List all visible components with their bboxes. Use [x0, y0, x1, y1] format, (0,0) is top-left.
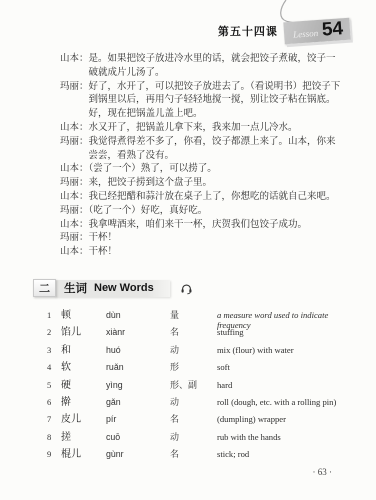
vocab-word: 硬 [61, 376, 106, 391]
vocab-meaning: rub with the hands [217, 432, 350, 442]
dialogue-text: 好了，水开了，可以把饺子放进去了。（看说明书）把饺子下到锅里以后，再用勺子轻轻地… [89, 82, 341, 120]
dialogue-speaker: 山本： [60, 54, 89, 64]
vocab-number: 7 [47, 414, 61, 424]
dialogue-text: 来，把饺子捞到这个盘子里。 [89, 178, 213, 188]
dialogue-turn: 玛丽：（吃了一个）好吃，真好吃。 [60, 205, 345, 219]
dialogue-text: 是。如果把饺子放进冷水里的话，就会把饺子煮破，饺子一破就成片儿汤了。 [89, 54, 336, 78]
vocab-number: 4 [47, 362, 61, 372]
vocab-meaning: mix (flour) with water [217, 345, 350, 355]
vocab-meaning: (dumpling) wrapper [217, 414, 350, 424]
dialogue-turn: 玛丽：我觉得煮得差不多了，你看，饺子都漂上来了。山本，你来尝尝，看熟了没有。 [60, 136, 345, 164]
vocab-number: 6 [47, 397, 61, 407]
section-title-bar: 生词 New Words [55, 280, 170, 297]
vocab-row: 9 棍儿 gùnr 名 stick; rod [47, 445, 350, 462]
dialogue-text: 我觉得煮得差不多了，你看，饺子都漂上来了。山本，你来尝尝，看熟了没有。 [89, 137, 336, 161]
vocab-pinyin: yìng [106, 380, 170, 390]
dialogue-turn: 山本：（尝了一个）熟了，可以捞了。 [60, 163, 345, 177]
dialogue-speaker: 玛丽： [60, 206, 89, 216]
dialogue-section: 山本：是。如果把饺子放进冷水里的话，就会把饺子煮破，饺子一破就成片儿汤了。 玛丽… [60, 53, 345, 260]
vocab-meaning: stick; rod [217, 449, 350, 459]
lesson-number-tag: Lesson 54 [283, 18, 351, 45]
vocab-number: 1 [47, 310, 61, 320]
vocab-number: 3 [47, 345, 61, 355]
lesson-title-cn: 第五十四课 [218, 23, 278, 39]
dialogue-speaker: 山本： [60, 123, 89, 133]
dialogue-turn: 山本：是。如果把饺子放进冷水里的话，就会把饺子煮破，饺子一破就成片儿汤了。 [60, 53, 345, 81]
vocab-word: 棍儿 [61, 445, 106, 460]
lesson-number: 54 [321, 19, 343, 39]
new-words-list: 1 顿 dùn 量 a measure word used to indicat… [47, 306, 350, 463]
dialogue-text: （尝了一个）熟了，可以捞了。 [89, 164, 217, 174]
dialogue-speaker: 山本： [60, 164, 89, 174]
vocab-row: 1 顿 dùn 量 a measure word used to indicat… [47, 306, 350, 323]
vocab-pinyin: ruǎn [106, 362, 170, 372]
vocab-word: 皮儿 [61, 410, 106, 425]
dialogue-speaker: 山本： [60, 192, 89, 202]
vocab-part-of-speech: 动 [170, 430, 217, 443]
vocab-part-of-speech: 名 [170, 447, 217, 460]
vocab-meaning: hard [217, 380, 350, 390]
dialogue-text: 干杯！ [89, 233, 118, 243]
headphones-icon [180, 282, 193, 295]
vocab-part-of-speech: 动 [170, 343, 217, 356]
vocab-pinyin: xiànr [106, 327, 170, 337]
dialogue-turn: 玛丽：来，把饺子捞到这个盘子里。 [60, 177, 345, 191]
vocab-row: 3 和 huó 动 mix (flour) with water [47, 341, 350, 358]
dialogue-text: 干杯！ [89, 247, 118, 257]
dialogue-text: 水又开了，把锅盖儿拿下来，我来加一点儿冷水。 [89, 123, 298, 133]
dialogue-turn: 玛丽：干杯！ [60, 232, 345, 246]
dialogue-text: 我拿啤酒来，咱们来干一杯，庆贺我们包饺子成功。 [89, 220, 308, 230]
vocab-number: 8 [47, 432, 61, 442]
vocab-word: 和 [61, 341, 106, 356]
vocab-word: 擀 [61, 393, 106, 408]
vocab-part-of-speech: 名 [170, 412, 217, 425]
vocab-number: 2 [47, 327, 61, 337]
lesson-header: 第五十四课 Lesson 54 [218, 20, 350, 42]
dialogue-turn: 山本：我拿啤酒来，咱们来干一杯，庆贺我们包饺子成功。 [60, 219, 345, 233]
vocab-part-of-speech: 形、副 [170, 378, 217, 391]
section-title-cn: 生词 [64, 280, 87, 296]
vocab-row: 8 搓 cuō 动 rub with the hands [47, 428, 350, 445]
vocab-part-of-speech: 动 [170, 395, 217, 408]
page-number: · 63 · [313, 467, 333, 477]
lesson-word: Lesson [293, 28, 319, 40]
dialogue-turn: 山本：干杯！ [60, 246, 345, 260]
vocab-word: 顿 [61, 306, 106, 321]
vocab-word: 搓 [61, 428, 106, 443]
vocab-part-of-speech: 量 [170, 308, 217, 321]
vocab-pinyin: gùnr [106, 449, 170, 459]
dialogue-speaker: 玛丽： [60, 178, 89, 188]
vocab-pinyin: cuō [106, 432, 170, 442]
dialogue-speaker: 玛丽： [60, 82, 89, 92]
vocab-word: 软 [61, 358, 106, 373]
dialogue-speaker: 山本： [60, 220, 89, 230]
vocab-part-of-speech: 名 [170, 325, 217, 338]
vocab-row: 5 硬 yìng 形、副 hard [47, 376, 350, 393]
vocab-meaning: roll (dough, etc. with a rolling pin) [217, 397, 350, 407]
vocab-pinyin: dùn [106, 310, 170, 320]
section-number-tile: 二 [33, 279, 56, 297]
vocab-number: 9 [47, 449, 61, 459]
section-title-en: New Words [94, 282, 154, 294]
vocab-part-of-speech: 形 [170, 360, 217, 373]
vocab-row: 4 软 ruǎn 形 soft [47, 358, 350, 375]
dialogue-text: （吃了一个）好吃，真好吃。 [89, 206, 208, 216]
vocab-meaning: soft [217, 362, 350, 372]
new-words-header: 二 生词 New Words [33, 279, 193, 297]
dialogue-speaker: 玛丽： [60, 233, 89, 243]
dialogue-turn: 玛丽：好了，水开了，可以把饺子放进去了。（看说明书）把饺子下到锅里以后，再用勺子… [60, 81, 345, 122]
vocab-number: 5 [47, 380, 61, 390]
dialogue-speaker: 玛丽： [60, 137, 89, 147]
vocab-meaning: stuffing [217, 327, 350, 337]
vocab-pinyin: gǎn [106, 397, 170, 407]
dialogue-turn: 山本：水又开了，把锅盖儿拿下来，我来加一点儿冷水。 [60, 122, 345, 136]
vocab-pinyin: huó [106, 345, 170, 355]
vocab-row: 6 擀 gǎn 动 roll (dough, etc. with a rolli… [47, 393, 350, 410]
vocab-row: 7 皮儿 pír 名 (dumpling) wrapper [47, 410, 350, 427]
dialogue-text: 我已经把醋和蒜汁放在桌子上了，你想吃的话就自己来吧。 [89, 192, 336, 202]
vocab-word: 馅儿 [61, 323, 106, 338]
dialogue-turn: 山本：我已经把醋和蒜汁放在桌子上了，你想吃的话就自己来吧。 [60, 191, 345, 205]
vocab-pinyin: pír [106, 414, 170, 424]
dialogue-speaker: 山本： [60, 247, 89, 257]
